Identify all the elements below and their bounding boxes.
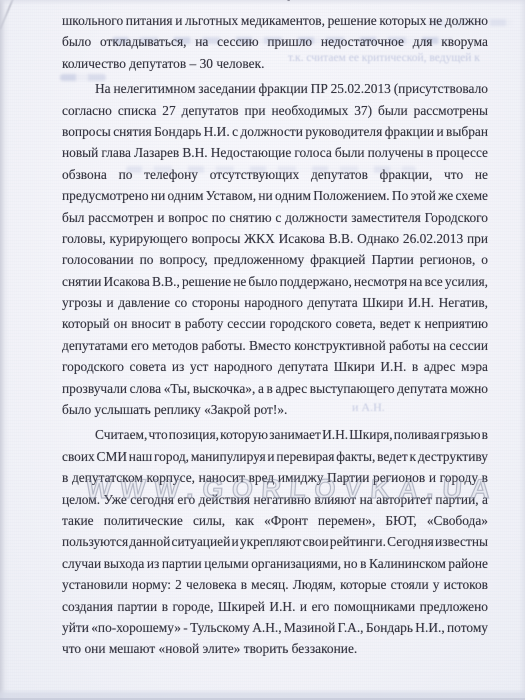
text-line: предусмотрено ни одним Уставом, ни одним… bbox=[62, 185, 488, 206]
text-line: установили норму: 2 человека в месяц. Лю… bbox=[62, 574, 488, 595]
text-line: городского совета из уст народного депут… bbox=[62, 356, 488, 377]
text-line: снятии Исакова В.В., решение не было под… bbox=[62, 271, 488, 292]
text-line: согласно списка 27 депутатов при необход… bbox=[62, 100, 488, 121]
text-line: целом. Уже сегодня его действия негативн… bbox=[62, 489, 488, 510]
text-line-content: целом. Уже сегодня его действия негативн… bbox=[62, 492, 488, 507]
scan-edge-right bbox=[519, 0, 525, 700]
text-line: обзвона по телефону отсутствующих депута… bbox=[62, 164, 488, 185]
text-line-content: предусмотрено ни одним Уставом, ни одним… bbox=[62, 188, 488, 203]
text-line-content: установили норму: 2 человека в месяц. Лю… bbox=[62, 577, 488, 592]
text-line-content: в депутатском корпусе, наносит вред имид… bbox=[62, 470, 488, 485]
text-line: головы, курирующего вопросы ЖКХ Исакова … bbox=[62, 228, 488, 249]
text-line-content: было откладываться, на сессию пришло нед… bbox=[62, 34, 488, 49]
text-line-content: угрозы и давление со стороны народного д… bbox=[62, 295, 488, 310]
text-line-content: школьного питания и льготных медикаменто… bbox=[62, 13, 488, 28]
text-line-content: был рассмотрен и вопрос по снятию с долж… bbox=[62, 210, 488, 225]
text-line: Считаем, что позиция, которую занимает И… bbox=[62, 424, 488, 445]
text-line-content: вопросы снятия Бондарь Н.И. с должности … bbox=[62, 124, 488, 139]
text-line-content: уйти «по-хорошему» - Тульскому А.Н., Маз… bbox=[62, 620, 488, 635]
text-line: прозвучали слова «Ты, выскочка», а в адр… bbox=[62, 378, 488, 399]
scan-edge-bottom bbox=[0, 689, 525, 700]
text-line: На нелегитимном заседании фракции ПР 25.… bbox=[62, 78, 488, 99]
text-line: пользуются данной ситуацией и укрепляют … bbox=[62, 531, 488, 552]
text-line-content: который он вносит в работу сессии городс… bbox=[62, 316, 488, 331]
text-line: угрозы и давление со стороны народного д… bbox=[62, 292, 488, 313]
text-line: школьного питания и льготных медикаменто… bbox=[62, 10, 488, 31]
text-line-content: создания партии в городе, Шкирей И.Н. и … bbox=[62, 599, 488, 614]
text-line-content: прозвучали слова «Ты, выскочка», а в адр… bbox=[62, 381, 488, 396]
text-line-content: такие политические силы, как «Фронт пере… bbox=[62, 513, 488, 528]
text-line-content: согласно списка 27 депутатов при необход… bbox=[62, 103, 488, 118]
text-line: своих СМИ наш город, манипулируя и перев… bbox=[62, 446, 488, 467]
text-line-content: снятии Исакова В.В., решение не было под… bbox=[62, 274, 488, 289]
text-line: было откладываться, на сессию пришло нед… bbox=[62, 31, 488, 52]
text-line: случаи выхода из партии целыми организац… bbox=[62, 553, 488, 574]
text-line: был рассмотрен и вопрос по снятию с долж… bbox=[62, 207, 488, 228]
text-line-content: что они мешают «новой элите» творить без… bbox=[62, 641, 357, 656]
text-line-content: Считаем, что позиция, которую занимает И… bbox=[95, 427, 488, 442]
text-line-content: обзвона по телефону отсутствующих депута… bbox=[62, 167, 488, 182]
text-line-content: городского совета из уст народного депут… bbox=[62, 359, 488, 374]
scan-edge-top bbox=[0, 0, 525, 5]
text-line: который он вносит в работу сессии городс… bbox=[62, 313, 488, 334]
text-line: количество депутатов – 30 человек. bbox=[62, 53, 488, 74]
text-line-content: новый глава Лазарев В.Н. Недостающие гол… bbox=[62, 145, 488, 160]
document-text: школьного питания и льготных медикаменто… bbox=[62, 10, 488, 660]
text-line: вопросы снятия Бондарь Н.И. с должности … bbox=[62, 121, 488, 142]
text-line-content: голосовании по вопросу, предложенному фр… bbox=[62, 252, 488, 267]
text-line: депутатами его методов работы. Вместо ко… bbox=[62, 335, 488, 356]
text-line: было услышать реплику «Закрой рот!». bbox=[62, 399, 488, 420]
text-line: уйти «по-хорошему» - Тульскому А.Н., Маз… bbox=[62, 617, 488, 638]
text-line: что они мешают «новой элите» творить без… bbox=[62, 638, 488, 659]
text-line: голосовании по вопросу, предложенному фр… bbox=[62, 249, 488, 270]
text-line-content: количество депутатов – 30 человек. bbox=[62, 56, 264, 71]
text-line: новый глава Лазарев В.Н. Недостающие гол… bbox=[62, 142, 488, 163]
text-line-content: На нелегитимном заседании фракции ПР 25.… bbox=[95, 81, 488, 96]
text-line: создания партии в городе, Шкирей И.Н. и … bbox=[62, 596, 488, 617]
text-line-content: депутатами его методов работы. Вместо ко… bbox=[62, 338, 488, 353]
text-line-content: головы, курирующего вопросы ЖКХ Исакова … bbox=[62, 231, 488, 246]
text-line: такие политические силы, как «Фронт пере… bbox=[62, 510, 488, 531]
text-line: в депутатском корпусе, наносит вред имид… bbox=[62, 467, 488, 488]
text-line-content: случаи выхода из партии целыми организац… bbox=[62, 556, 488, 571]
text-line-content: пользуются данной ситуацией и укрепляют … bbox=[62, 534, 488, 549]
text-line-content: своих СМИ наш город, манипулируя и перев… bbox=[62, 449, 488, 464]
scanned-document-page: т.к. считаем ее критической, ведущей ки … bbox=[0, 0, 525, 700]
scan-edge-left bbox=[0, 0, 9, 700]
text-line-content: было услышать реплику «Закрой рот!». bbox=[62, 402, 287, 417]
